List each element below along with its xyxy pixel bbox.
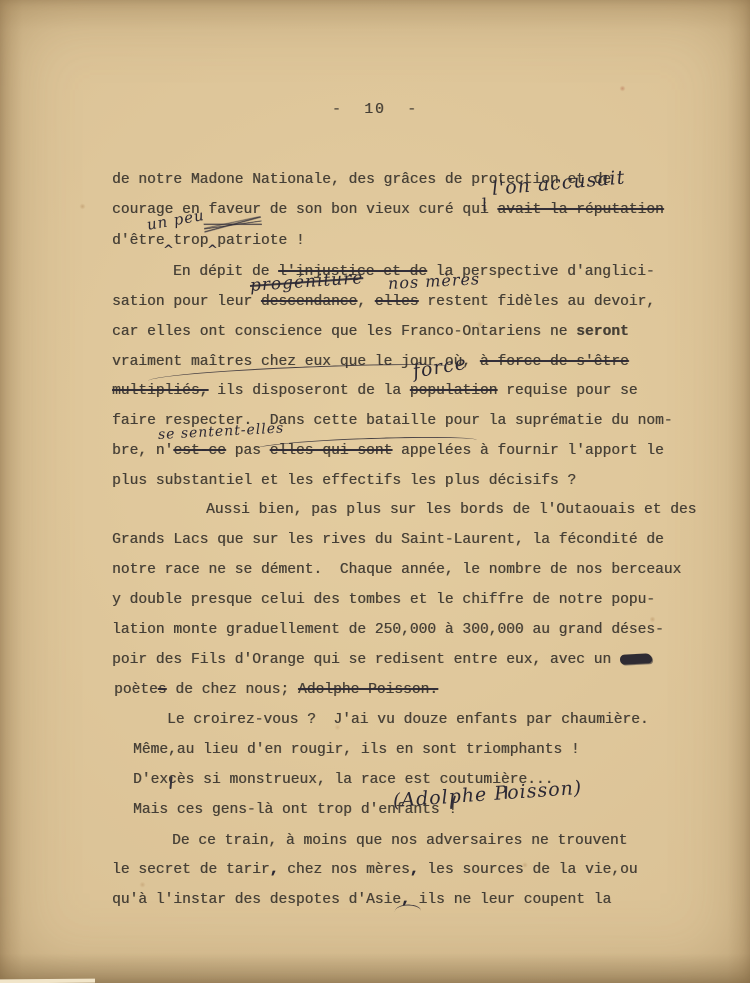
typed-text: Aussi bien, pas plus sur les bords de l'… xyxy=(206,502,696,518)
ink-blot xyxy=(620,653,652,665)
typed-text: notre race ne se dément. Chaque année, l… xyxy=(112,562,681,578)
typed-text: ils disposeront de la xyxy=(208,383,409,399)
struck-text: est-ce xyxy=(173,443,226,459)
typed-line: lation monte graduellement de 250,000 à … xyxy=(112,622,664,638)
typed-text: le secret de tarir xyxy=(112,862,270,878)
page-edge-highlight xyxy=(0,979,95,983)
struck-text: à force de s'être xyxy=(480,354,629,370)
typed-line: y double presque celui des tombes et le … xyxy=(112,592,655,608)
pen-comma: , xyxy=(410,862,419,878)
typed-text: chez nos mères xyxy=(278,862,409,878)
page-number: - 10 - xyxy=(0,102,750,118)
typed-text: Grands Lacs que sur les rives du Saint-L… xyxy=(112,532,664,548)
typed-line: car elles ont conscience que les Franco-… xyxy=(112,324,629,340)
struck-text: multipliés, xyxy=(112,383,208,399)
typed-line: poètes de chez nous; Adolphe Poisson. xyxy=(114,682,438,698)
struck-text: avait la réputation xyxy=(497,202,663,218)
typed-text: qu'à l'instar des despotes d'Asie xyxy=(112,892,401,908)
typed-text: plus substantiel et les effectifs les pl… xyxy=(112,473,576,489)
typed-text: y double presque celui des tombes et le … xyxy=(112,592,655,608)
typed-line: sation pour leur descendance, elles rest… xyxy=(112,294,655,310)
typed-text: poir des Fils d'Orange qui se redisent e… xyxy=(112,652,620,668)
typed-text: seront xyxy=(576,324,629,340)
typed-line: notre race ne se dément. Chaque année, l… xyxy=(112,562,681,578)
typed-text: bre, n' xyxy=(112,443,173,459)
typed-line: plus substantiel et les effectifs les pl… xyxy=(112,473,576,489)
paper: - 10 - de notre Madone Nationale, des gr… xyxy=(0,0,750,983)
hand-scribble-word xyxy=(203,216,262,234)
insertion-caret: ^ xyxy=(207,243,218,258)
struck-text: elles xyxy=(375,294,419,310)
hand-nos-meres: nos mères xyxy=(388,269,481,293)
struck-text: Adolphe Poisson. xyxy=(298,682,438,698)
typed-text: restent fidèles au devoir, xyxy=(419,294,655,310)
typed-text: requise pour se xyxy=(497,383,637,399)
typed-text: lation monte graduellement de 250,000 à … xyxy=(112,622,664,638)
typed-line: Le croirez-vous ? J'ai vu douze enfants … xyxy=(167,712,649,728)
typed-text: , xyxy=(357,294,375,310)
typed-line: Même,au lieu d'en rougir, ils en sont tr… xyxy=(133,742,580,758)
typed-text: car elles ont conscience que les Franco-… xyxy=(112,324,576,340)
typed-text: De ce train, à moins que nos adversaires… xyxy=(172,833,627,849)
typed-text: les sources de la vie,ou xyxy=(419,862,638,878)
struck-text: s xyxy=(158,682,167,698)
typed-line: multipliés, ils disposeront de la popula… xyxy=(112,383,637,399)
typed-line: le secret de tarir, chez nos mères, les … xyxy=(112,862,638,878)
typed-text: sation pour leur xyxy=(112,294,261,310)
struck-text: population xyxy=(410,383,498,399)
typed-text: Même,au lieu d'en rougir, ils en sont tr… xyxy=(133,742,580,758)
typed-line: qu'à l'instar des despotes d'Asie, ils n… xyxy=(112,892,611,908)
typed-text: Le croirez-vous ? J'ai vu douze enfants … xyxy=(167,712,649,728)
typed-line: poir des Fils d'Orange qui se redisent e… xyxy=(112,652,652,668)
typed-text: ils ne leur coupent la xyxy=(410,892,611,908)
struck-text: descendance xyxy=(261,294,357,310)
typed-line: Grands Lacs que sur les rives du Saint-L… xyxy=(112,532,664,548)
insertion-caret: ^ xyxy=(163,243,174,258)
typed-line: De ce train, à moins que nos adversaires… xyxy=(172,833,627,849)
typed-text: poète xyxy=(114,682,158,698)
typed-text: de chez nous; xyxy=(167,682,298,698)
typed-line: Aussi bien, pas plus sur les bords de l'… xyxy=(206,502,696,518)
